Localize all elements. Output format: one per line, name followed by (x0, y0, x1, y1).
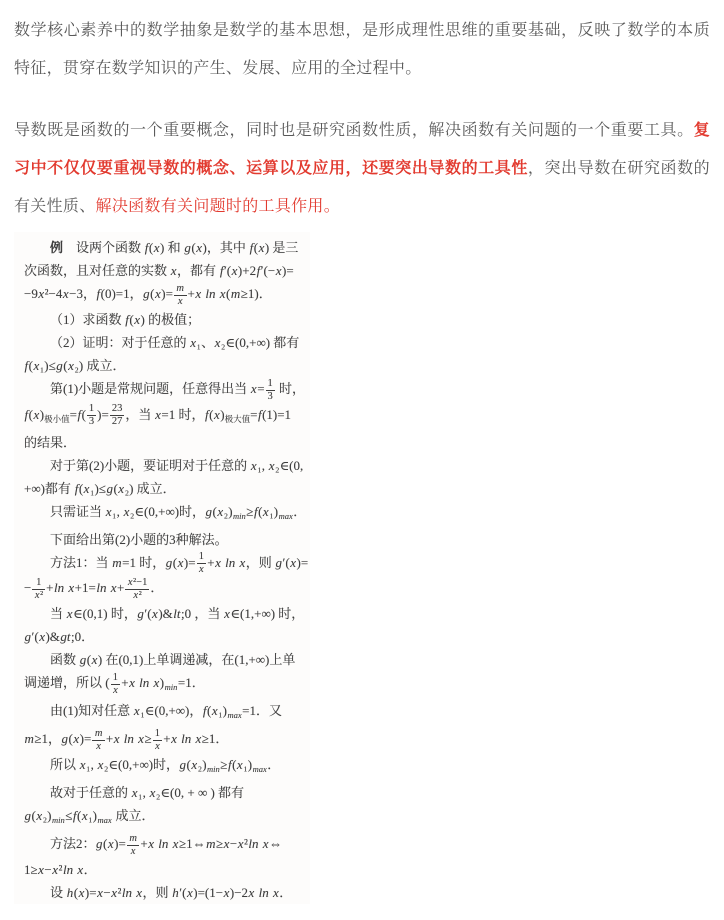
math-line: 所以 x₁, x₂∈(0,+∞)时，g(x₂)min≥f(x₁)max． (24, 753, 306, 781)
math-line: 的结果． (24, 431, 306, 454)
math-line: 方法1：当 m=1 时，g(x)=1x+x ln x，则 g′(x)= (24, 551, 306, 577)
math-line: 函数 g(x) 在(0,1)上单调递减，在(1,+∞)上单 (24, 648, 306, 671)
math-line: 次函数，且对任意的实数 x，都有 f′(x)+2f′(−x)= (24, 259, 306, 282)
math-line: −1x²+ln x+1=ln x+x²−1x²． (24, 576, 306, 602)
math-line: 由(1)知对任意 x₁∈(0,+∞)，f(x₁)max=1．又 (24, 699, 306, 727)
math-line: 第(1)小题是常规问题，任意得出当 x=13 时， (24, 377, 306, 403)
math-line: g′(x)&gt;0． (24, 625, 306, 648)
math-line: m≥1，g(x)=mx+x ln x≥1x+x ln x≥1． (24, 727, 306, 753)
math-line: f(x)极小值=f(13)=2327，当 x=1 时，f(x)极大值=f(1)=… (24, 403, 306, 431)
math-line: 对于第(2)小题，要证明对于任意的 x₁, x₂∈(0, (24, 454, 306, 477)
article-page: 数学核心素养中的数学抽象是数学的基本思想，是形成理性思维的重要基础，反映了数学的… (0, 0, 724, 920)
math-line: 例 设两个函数 f(x) 和 g(x)，其中 f(x) 是三 (24, 236, 306, 259)
math-line: 下面给出第(2)小题的3种解法。 (24, 528, 306, 551)
math-line: f(x₁)≤g(x₂) 成立． (24, 354, 306, 377)
example-scan-image: 例 设两个函数 f(x) 和 g(x)，其中 f(x) 是三次函数，且对任意的实… (14, 232, 310, 904)
math-line: +∞)都有 f(x₁)≤g(x₂) 成立． (24, 477, 306, 500)
math-line: 当 x∈(0,1) 时，g′(x)&lt;0 ，当 x∈(1,+∞) 时， (24, 602, 306, 625)
math-line: 方法2：g(x)=mx+x ln x≥1⇔m≥x−x²ln x⇔ (24, 832, 306, 858)
summary-paragraph: 导数既是函数的一个重要概念，同时也是研究函数性质，解决函数有关问题的一个重要工具… (14, 112, 710, 226)
math-line: 故对于任意的 x₁, x₂∈(0, + ∞ ) 都有 (24, 781, 306, 804)
summary-text-plain: 导数既是函数的一个重要概念，同时也是研究函数性质，解决函数有关问题的一个重要工具… (14, 122, 694, 139)
math-line: 设 h(x)=x−x²ln x，则 h′(x)=(1−x)−2x ln x． (24, 881, 306, 904)
math-line: （2）证明：对于任意的 x₁、x₂∈(0,+∞) 都有 (24, 331, 306, 354)
math-line: 调递增，所以 (1x+x ln x)min=1． (24, 671, 306, 699)
math-line: −9x²−4x−3，f(0)=1，g(x)=mx+x ln x(m≥1)． (24, 282, 306, 308)
summary-highlight: 解决函数有关问题时的工具作用。 (96, 198, 341, 215)
math-line: （1）求函数 f(x) 的极值； (24, 308, 306, 331)
math-line: 1≥x−x²ln x． (24, 858, 306, 881)
math-line: g(x₂)min≤f(x₁)max 成立． (24, 804, 306, 832)
intro-paragraph: 数学核心素养中的数学抽象是数学的基本思想，是形成理性思维的重要基础，反映了数学的… (14, 12, 710, 88)
math-line: 只需证当 x₁, x₂∈(0,+∞)时，g(x₂)min≥f(x₁)max． (24, 500, 306, 528)
